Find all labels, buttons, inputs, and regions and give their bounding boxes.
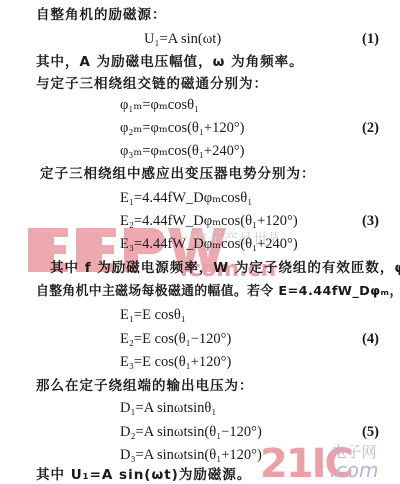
intro-text: 自整角机的励磁源： — [36, 6, 167, 24]
equation-3c: E₃=4.44fW_Dφₘcos(θ₁+240°) — [120, 235, 298, 253]
equation-2a: φ₁ₘ=φₘcosθ₁ — [120, 96, 199, 114]
equation-4a: E₁=E cosθ₁ — [120, 306, 186, 324]
flux-intro-text: 与定子三相绕组交链的磁通分别为： — [36, 75, 268, 93]
equation-number-3: (3) — [362, 212, 379, 230]
equation-5b: D₂=A sinωtsin(θ₁−120°) — [120, 423, 262, 441]
emf-intro-text: 定子三相绕组中感应出变压器电势分别为： — [40, 165, 316, 183]
equation-number-2: (2) — [362, 119, 379, 137]
equation-2b: φ₂ₘ=φₘcos(θ₁+120°) — [120, 119, 244, 137]
definition-text-2a: 其中 f 为励磁电源频率，W 为定子绕组的有效匝数，φₘ 为 — [50, 259, 400, 277]
closing-text: 其中 U₁=A sin(ωt)为励磁源。 — [36, 466, 251, 484]
equation-3a: E₁=4.44fW_Dφₘcosθ₁ — [120, 189, 252, 207]
equation-2c: φ₃ₘ=φₘcos(θ₁+240°) — [120, 142, 244, 160]
document-page: .com.cn 电子产品世界 21IC 电子网 .com 自整角机的励磁源： U… — [0, 0, 400, 484]
definition-text-1: 其中，A 为励磁电压幅值，ω 为角频率。 — [36, 53, 304, 71]
definition-text-2b: 自整角机中主磁场每极磁通的幅值。若令 E=4.44fW_Dφₘ，则有： — [36, 283, 400, 301]
equation-4c: E₃=E cos(θ₁+120°) — [120, 353, 231, 371]
equation-number-5: (5) — [362, 423, 379, 441]
equation-3b: E₂=4.44fW_Dφₘcos(θ₁+120°) — [120, 212, 298, 230]
equation-5c: D₃=A sinωtsin(θ₁+120°) — [120, 446, 262, 464]
equation-number-1: (1) — [362, 30, 379, 48]
equation-4b: E₂=E cos(θ₁−120°) — [120, 330, 231, 348]
equation-number-4: (4) — [362, 330, 379, 348]
equation-5a: D₁=A sinωtsinθ₁ — [120, 399, 216, 417]
equation-1: U₁=A sin(ωt) — [144, 30, 221, 48]
output-intro-text: 那么在定子绕组端的输出电压为： — [36, 377, 254, 395]
svg-text:.com: .com — [329, 458, 378, 480]
21ic-watermark: 21IC 电子网 .com — [258, 440, 400, 480]
